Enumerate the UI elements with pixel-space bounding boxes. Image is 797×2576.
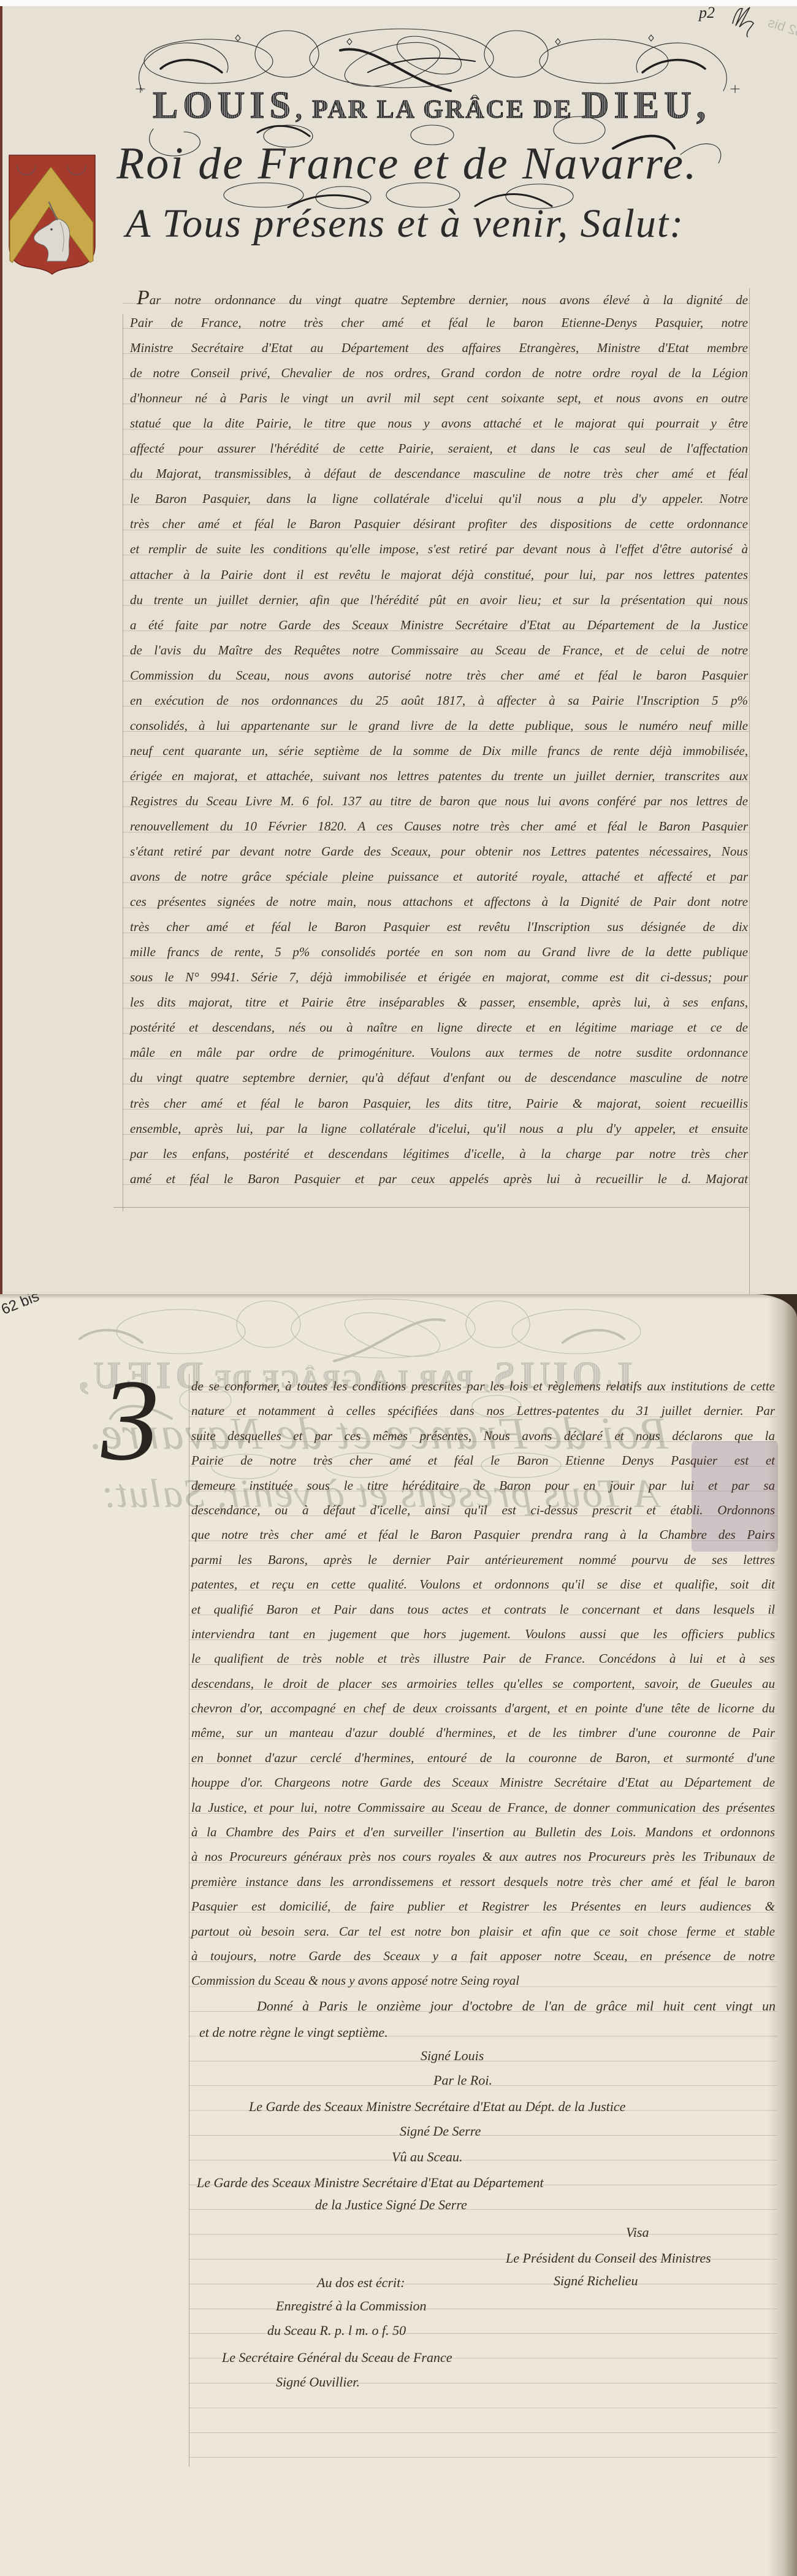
text-line: suite desquelles et par ces mêmes présen… <box>191 1424 775 1448</box>
text-line: avons de notre grâce spéciale pleine pui… <box>130 864 748 889</box>
king-signature: Signé Louis <box>421 2049 484 2063</box>
text-line: même, sur un manteau d'azur doublé d'her… <box>191 1720 775 1745</box>
text-line: Pair de France, notre très cher amé et f… <box>130 310 748 335</box>
title-par-la-grace-de: , PAR LA GRÂCE DE <box>296 97 573 123</box>
text-line: de se conformer, à toutes les conditions… <box>191 1374 775 1398</box>
registration-line-2: du Sceau R. p. l m. o f. 50 <box>267 2324 406 2337</box>
secretary-title: Le Secrétaire Général du Sceau de France <box>222 2351 452 2364</box>
text-line: Pasquier est domicilié, de faire publier… <box>191 1894 775 1919</box>
salutation: A Tous présens et à venir, Salut: <box>126 204 684 244</box>
text-line: consolidés, à lui appartenante sur le gr… <box>130 713 748 738</box>
text-line: du Majorat, transmissibles, à défaut de … <box>130 461 748 486</box>
text-line: du trente un juillet dernier, afin que l… <box>130 588 748 613</box>
text-line: ensemble, après lui, par la ligne collat… <box>130 1116 748 1141</box>
text-line: mâle en mâle par ordre de primogéniture.… <box>130 1040 748 1065</box>
bottom-rule <box>113 1207 749 1208</box>
secretary-signature: Signé Ouvillier. <box>276 2375 360 2389</box>
text-line: de notre Conseil privé, Chevalier de nos… <box>130 361 748 386</box>
left-margin-rule <box>189 1374 189 2467</box>
text-line: renouvellement du 10 Février 1820. A ces… <box>130 814 748 839</box>
countersign-title: Le Garde des Sceaux Ministre Secrétaire … <box>249 2100 625 2114</box>
page-2: LOUIS , PAR LA GRÂCE DE DIEU, Roi de Fra… <box>0 1294 797 2576</box>
text-line: descendance, ou à défaut d'icelle, ainsi… <box>191 1498 775 1522</box>
text-line: érigée en majorat, et attachée, suivant … <box>130 764 748 789</box>
text-line: neuf cent quarante un, série septième de… <box>130 738 748 764</box>
binding-gutter-shadow <box>768 1294 797 2576</box>
text-line: demeure instituée sous le titre hérédita… <box>191 1473 775 1498</box>
text-line: chevron d'or, accompagné en chef de deux… <box>191 1696 775 1720</box>
page-1-body-text: Par notre ordonnance du vingt quatre Sep… <box>130 285 748 1192</box>
text-line: et remplir de suite les conditions qu'el… <box>130 537 748 562</box>
countersign-signature: Signé De Serre <box>400 2125 481 2138</box>
text-line: Registres du Sceau Livre M. 6 fol. 137 a… <box>130 789 748 814</box>
text-line: Commission du Sceau, nous avons autorisé… <box>130 663 748 688</box>
royal-subtitle: Roi de France et de Navarre. <box>116 141 698 186</box>
text-line: houppe d'or. Chargeons notre Garde des S… <box>191 1770 775 1795</box>
royal-title: LOUIS , PAR LA GRÂCE DE DIEU, <box>153 86 711 125</box>
text-line: interviendra tant en jugement que hors j… <box>191 1622 775 1646</box>
text-line: très cher amé et féal le Baron Pasquier … <box>130 512 748 537</box>
text-line: d'honneur né à Paris le vingt un avril m… <box>130 386 748 411</box>
text-line: le qualifient de très noble et très illu… <box>191 1646 775 1671</box>
text-line: amé et féal le Baron Pasquier et par ceu… <box>130 1167 748 1192</box>
text-line: les dits majorat, titre et Pairie être i… <box>130 990 748 1015</box>
text-line: descendans, le droit de placer ses armoi… <box>191 1671 775 1696</box>
seal-heading: Vû au Sceau. <box>392 2150 462 2164</box>
visa-signature: Signé Richelieu <box>554 2274 638 2288</box>
manuscript-register-view: p2 62 bis <box>0 0 797 2576</box>
text-line: et qualifié Baron et Pair dans tous acte… <box>191 1597 775 1622</box>
text-line: s'étant retiré par devant notre Garde de… <box>130 839 748 864</box>
text-line: à nos Procureurs généraux près nos cours… <box>191 1844 775 1869</box>
text-line: le Baron Pasquier, dans la ligne collaté… <box>130 486 748 512</box>
text-line: mille francs de rente, 5 p% consolidés p… <box>130 940 748 965</box>
text-line: postérité et descendans, nés ou à naître… <box>130 1015 748 1040</box>
page-1: p2 62 bis <box>0 0 797 1294</box>
text-line: de l'avis du Maître des Requêtes notre C… <box>130 638 748 663</box>
text-line: statué que la dite Pairie, le titre que … <box>130 411 748 436</box>
text-line: la Justice, et pour lui, notre Commissai… <box>191 1795 775 1820</box>
visa-title: Le Président du Conseil des Ministres <box>506 2252 711 2265</box>
text-line: du vingt quatre septembre dernier, qu'à … <box>130 1065 748 1091</box>
text-line: très cher amé et féal le Baron Pasquier … <box>130 914 748 940</box>
folio-numeral: 3 <box>101 1362 159 1479</box>
text-line: nature et notamment à celles spécifiées … <box>191 1398 775 1423</box>
text-line: Par notre ordonnance du vingt quatre Sep… <box>130 285 748 310</box>
text-line: que notre très cher amé et féal le Baron… <box>191 1522 775 1547</box>
seal-signature: de la Justice Signé De Serre <box>315 2198 467 2212</box>
text-line: parmi les Barons, après le dernier Pair … <box>191 1547 775 1572</box>
text-line: à toujours, notre Garde des Sceaux y a f… <box>191 1944 775 1968</box>
letters-patent-header: LOUIS , PAR LA GRÂCE DE DIEU, Roi de Fra… <box>0 0 797 282</box>
text-line: très cher amé et féal le baron Pasquier,… <box>130 1091 748 1116</box>
text-line: Pairie de notre très cher amé et féal le… <box>191 1448 775 1473</box>
text-line: affecté pour assurer l'hérédité de cette… <box>130 436 748 461</box>
reign-year-line: et de notre règne le vingt septième. <box>199 2026 388 2039</box>
par-le-roi: Par le Roi. <box>433 2074 492 2087</box>
verso-heading: Au dos est écrit: <box>317 2276 405 2290</box>
text-line: patentes, et reçu en cette qualité. Voul… <box>191 1572 775 1597</box>
text-line: sous le N° 9941. Série 7, déjà immobilis… <box>130 965 748 990</box>
page-2-body-text: de se conformer, à toutes les conditions… <box>191 1374 775 1993</box>
right-margin-rule <box>749 288 750 1294</box>
text-line: Ministre Secrétaire d'Etat au Départemen… <box>130 335 748 361</box>
text-line: à la Chambre des Pairs et d'en surveille… <box>191 1820 775 1844</box>
text-line: attacher à la Pairie dont il est revêtu … <box>130 562 748 588</box>
text-line: a été faite par notre Garde des Sceaux M… <box>130 613 748 638</box>
text-line: en bonnet d'azur cerclé d'hermines, ento… <box>191 1746 775 1770</box>
text-line: première instance dans les arrondissemen… <box>191 1869 775 1894</box>
text-line: Commission du Sceau & nous y avons appos… <box>191 1968 775 1993</box>
left-margin-rule <box>123 314 123 1211</box>
visa-heading: Visa <box>626 2226 649 2239</box>
text-line: partout où besoin sera. Car tel est notr… <box>191 1919 775 1944</box>
text-line: en exécution de nos ordonnances du 25 ao… <box>130 688 748 713</box>
coat-of-arms-shield-icon <box>0 147 104 282</box>
title-dieu: DIEU, <box>582 86 711 125</box>
text-line: par les enfans, postérité et descendans … <box>130 1141 748 1167</box>
seal-title: Le Garde des Sceaux Ministre Secrétaire … <box>197 2176 544 2190</box>
text-line: ces présentes signées de notre main, nou… <box>130 889 748 914</box>
dating-line: Donné à Paris le onzième jour d'octobre … <box>257 1999 776 2014</box>
registration-line-1: Enregistré à la Commission <box>276 2299 426 2313</box>
title-louis: LOUIS <box>153 86 296 125</box>
